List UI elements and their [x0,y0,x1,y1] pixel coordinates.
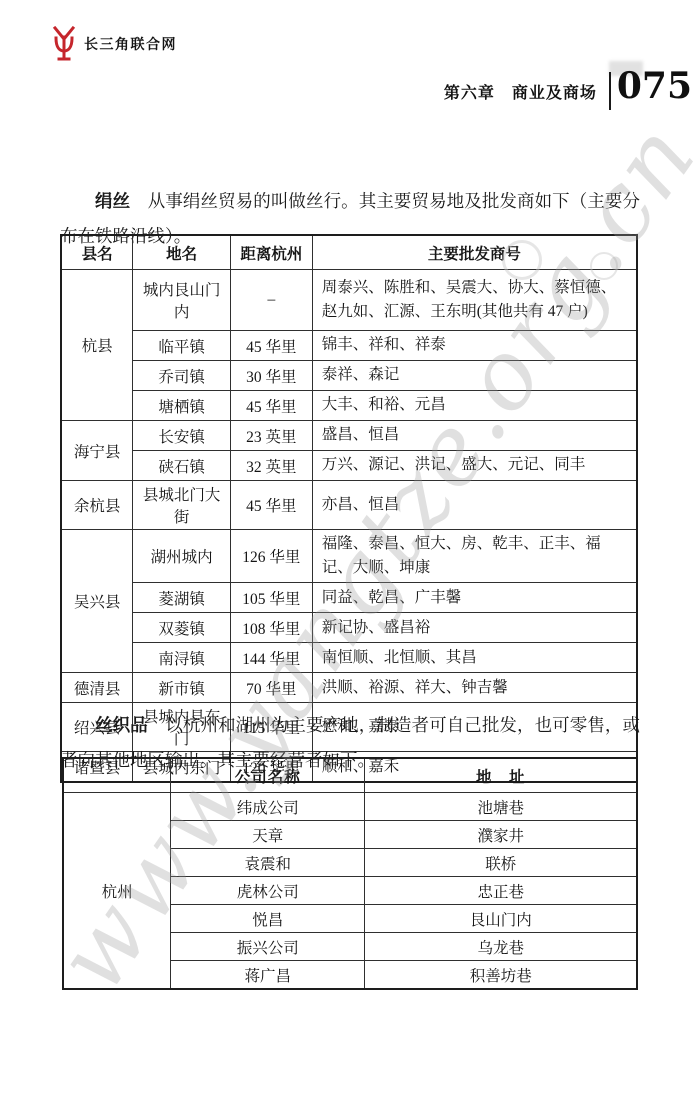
distance-cell: 144 华里 [230,643,312,673]
distance-cell: 45 华里 [230,331,312,361]
distance-cell: 45 华里 [230,391,312,421]
merchants-cell: 锦丰、祥和、祥泰 [312,331,637,361]
place-cell: 城内艮山门内 [133,270,231,331]
distance-cell: 30 华里 [230,361,312,391]
table-header-row: 县名 地名 距离杭州 主要批发商号 [61,235,637,270]
table-row: 德清县 新市镇 70 华里 洪顺、裕源、祥大、钟吉馨 [61,673,637,703]
col-header-address: 地 址 [365,758,637,793]
table-row: 硖石镇 32 英里 万兴、源记、洪记、盛大、元记、同丰 [61,451,637,481]
distance-cell: 126 华里 [230,530,312,583]
table-row: 菱湖镇 105 华里 同益、乾昌、广丰馨 [61,583,637,613]
place-cell: 南浔镇 [133,643,231,673]
address-cell: 积善坊巷 [365,961,637,990]
table-row: 吴兴县 湖州城内 126 华里 福隆、泰昌、恒大、房、乾丰、正丰、福记、大顺、坤… [61,530,637,583]
table-row: 余杭县 县城北门大街 45 华里 亦昌、恒昌 [61,481,637,530]
merchants-cell: 亦昌、恒昌 [312,481,637,530]
col-header-merchants: 主要批发商号 [312,235,637,270]
merchants-cell: 南恒顺、北恒顺、其昌 [312,643,637,673]
chapter-divider [609,72,611,110]
table-row: 南浔镇 144 华里 南恒顺、北恒顺、其昌 [61,643,637,673]
place-cell: 双菱镇 [133,613,231,643]
brand-name: 长三角联合网 [84,34,177,54]
page-number-text: 075 [617,65,692,107]
col-header-place: 地名 [133,235,231,270]
address-cell: 池塘巷 [365,793,637,821]
address-cell: 濮家井 [365,821,637,849]
county-cell: 德清县 [61,673,133,703]
term-juansi: 绢丝 [95,191,130,211]
distance-cell: 32 英里 [230,451,312,481]
table-row: 杭州 纬成公司 池塘巷 [63,793,637,821]
region-cell: 杭州 [63,793,171,990]
col-header-county: 县名 [61,235,133,270]
site-brand: 长三角联合网 [52,26,177,62]
silk-company-table: 公司名称 地 址 杭州 纬成公司 池塘巷 天章 濮家井 袁震和 联桥 虎林公司 … [62,757,638,990]
table-row: 乔司镇 30 华里 泰祥、森记 [61,361,637,391]
merchants-cell: 万兴、源记、洪记、盛大、元记、同丰 [312,451,637,481]
silk-trade-table: 县名 地名 距离杭州 主要批发商号 杭县 城内艮山门内 – 周泰兴、陈胜和、吴震… [60,234,638,783]
table-row: 海宁县 长安镇 23 英里 盛昌、恒昌 [61,421,637,451]
county-cell: 吴兴县 [61,530,133,673]
address-cell: 艮山门内 [365,905,637,933]
place-cell: 硖石镇 [133,451,231,481]
place-cell: 长安镇 [133,421,231,451]
merchants-cell: 同益、乾昌、广丰馨 [312,583,637,613]
chapter-title: 第六章 商业及商场 [444,80,597,103]
county-cell: 海宁县 [61,421,133,481]
merchants-cell: 盛昌、恒昌 [312,421,637,451]
scanned-book-page: 长三角联合网 第六章 商业及商场 075 www.yangtze.org.cn … [0,0,700,1112]
col-header-blank [63,758,171,793]
place-cell: 菱湖镇 [133,583,231,613]
company-cell: 纬成公司 [171,793,365,821]
distance-cell: 45 华里 [230,481,312,530]
distance-cell: 70 华里 [230,673,312,703]
table-row: 临平镇 45 华里 锦丰、祥和、祥泰 [61,331,637,361]
place-cell: 乔司镇 [133,361,231,391]
table-header-row: 公司名称 地 址 [63,758,637,793]
col-header-distance: 距离杭州 [230,235,312,270]
company-cell: 蒋广昌 [171,961,365,990]
table-row: 杭县 城内艮山门内 – 周泰兴、陈胜和、吴震大、协大、蔡恒德、赵九如、汇源、王东… [61,270,637,331]
chapter-header: 第六章 商业及商场 075 [444,68,692,106]
merchants-cell: 大丰、和裕、元昌 [312,391,637,421]
trident-logo-icon [52,26,76,62]
table-row: 塘栖镇 45 华里 大丰、和裕、元昌 [61,391,637,421]
distance-cell: 105 华里 [230,583,312,613]
county-cell: 杭县 [61,270,133,421]
place-cell: 县城北门大街 [133,481,231,530]
company-cell: 天章 [171,821,365,849]
address-cell: 联桥 [365,849,637,877]
place-cell: 塘栖镇 [133,391,231,421]
county-cell: 余杭县 [61,481,133,530]
place-cell: 新市镇 [133,673,231,703]
merchants-cell: 泰祥、森记 [312,361,637,391]
term-sizhipin: 丝织品 [95,715,148,735]
place-cell: 湖州城内 [133,530,231,583]
company-cell: 虎林公司 [171,877,365,905]
col-header-company: 公司名称 [171,758,365,793]
distance-cell: – [230,270,312,331]
merchants-cell: 福隆、泰昌、恒大、房、乾丰、正丰、福记、大顺、坤康 [312,530,637,583]
merchants-cell: 周泰兴、陈胜和、吴震大、协大、蔡恒德、赵九如、汇源、王东明(其他共有 47 户) [312,270,637,331]
address-cell: 乌龙巷 [365,933,637,961]
merchants-cell: 洪顺、裕源、祥大、钟吉馨 [312,673,637,703]
distance-cell: 23 英里 [230,421,312,451]
table-row: 双菱镇 108 华里 新记协、盛昌裕 [61,613,637,643]
distance-cell: 108 华里 [230,613,312,643]
company-cell: 袁震和 [171,849,365,877]
merchants-cell: 新记协、盛昌裕 [312,613,637,643]
page-number: 075 [617,68,692,104]
place-cell: 临平镇 [133,331,231,361]
company-cell: 振兴公司 [171,933,365,961]
company-cell: 悦昌 [171,905,365,933]
address-cell: 忠正巷 [365,877,637,905]
